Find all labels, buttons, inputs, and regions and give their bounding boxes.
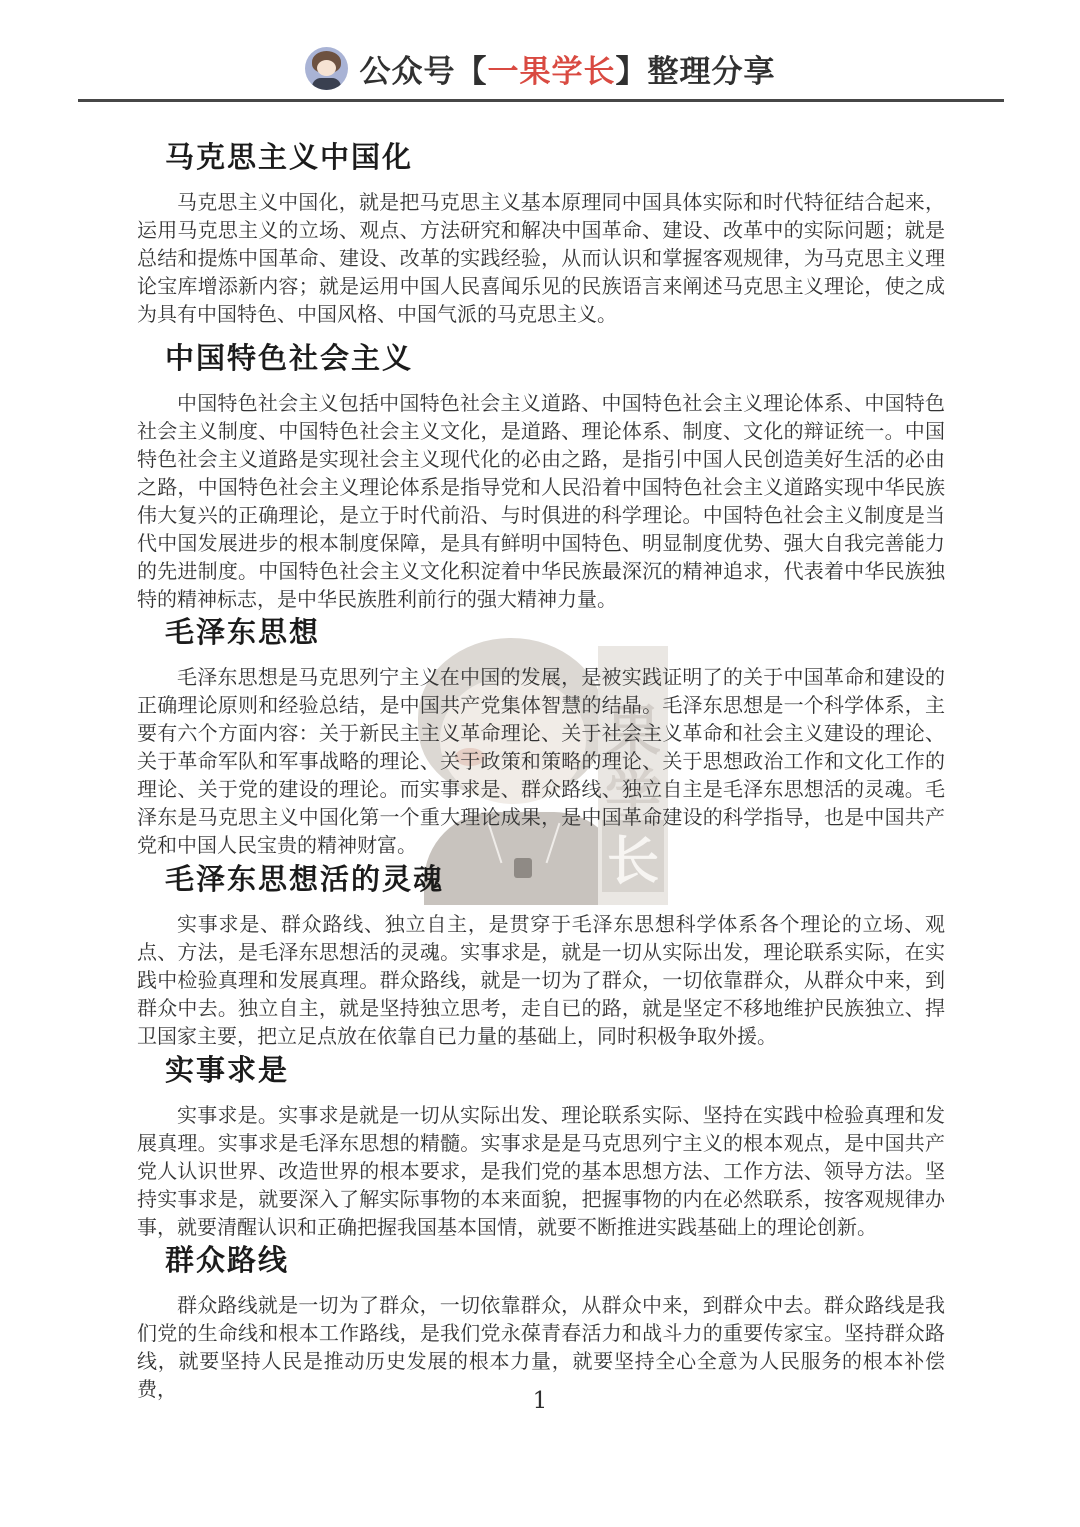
header-title: 公众号【一果学长】整理分享	[360, 46, 776, 91]
section-heading: 马克思主义中国化	[165, 140, 945, 174]
page-number: 1	[0, 1388, 1080, 1414]
section-marxism-sinicization: 马克思主义中国化 马克思主义中国化，就是把马克思主义基本原理同中国具体实际和时代…	[137, 140, 945, 329]
section-living-soul: 毛泽东思想活的灵魂 实事求是、群众路线、独立自主，是贯穿于毛泽东思想科学体系各个…	[137, 862, 945, 1051]
section-socialism-chinese-characteristics: 中国特色社会主义 中国特色社会主义包括中国特色社会主义道路、中国特色社会主义理论…	[137, 341, 945, 614]
section-heading: 中国特色社会主义	[165, 341, 945, 375]
section-paragraph: 实事求是。实事求是就是一切从实际出发、理论联系实际、坚持在实践中检验真理和发展真…	[137, 1102, 945, 1242]
header-divider	[78, 99, 1004, 102]
section-mao-zedong-thought: 毛泽东思想 毛泽东思想是马克思列宁主义在中国的发展，是被实践证明了的关于中国革命…	[137, 615, 945, 860]
header-title-highlight: 一果学长	[488, 54, 616, 89]
section-seeking-truth-from-facts: 实事求是 实事求是。实事求是就是一切从实际出发、理论联系实际、坚持在实践中检验真…	[137, 1053, 945, 1242]
document-page: 果 学 长 公众号【一果学长】整理分享 马克思主义中国化 马克思主义中国化，就是…	[0, 0, 1080, 1527]
header-title-suffix: 】整理分享	[616, 54, 776, 89]
cartoon-boy-avatar-icon	[305, 47, 348, 90]
section-heading: 毛泽东思想活的灵魂	[165, 862, 945, 896]
page-header: 公众号【一果学长】整理分享	[0, 46, 1080, 91]
section-paragraph: 中国特色社会主义包括中国特色社会主义道路、中国特色社会主义理论体系、中国特色社会…	[137, 390, 945, 614]
section-heading: 群众路线	[165, 1243, 945, 1277]
section-mass-line: 群众路线 群众路线就是一切为了群众，一切依靠群众，从群众中来，到群众中去。群众路…	[137, 1243, 945, 1404]
section-paragraph: 马克思主义中国化，就是把马克思主义基本原理同中国具体实际和时代特征结合起来，运用…	[137, 189, 945, 329]
avatar-torso	[312, 78, 341, 90]
header-title-prefix: 公众号【	[360, 54, 488, 89]
section-paragraph: 毛泽东思想是马克思列宁主义在中国的发展，是被实践证明了的关于中国革命和建设的正确…	[137, 664, 945, 860]
section-heading: 毛泽东思想	[165, 615, 945, 649]
section-paragraph: 实事求是、群众路线、独立自主，是贯穿于毛泽东思想科学体系各个理论的立场、观点、方…	[137, 911, 945, 1051]
avatar-face	[317, 60, 336, 76]
section-heading: 实事求是	[165, 1053, 945, 1087]
